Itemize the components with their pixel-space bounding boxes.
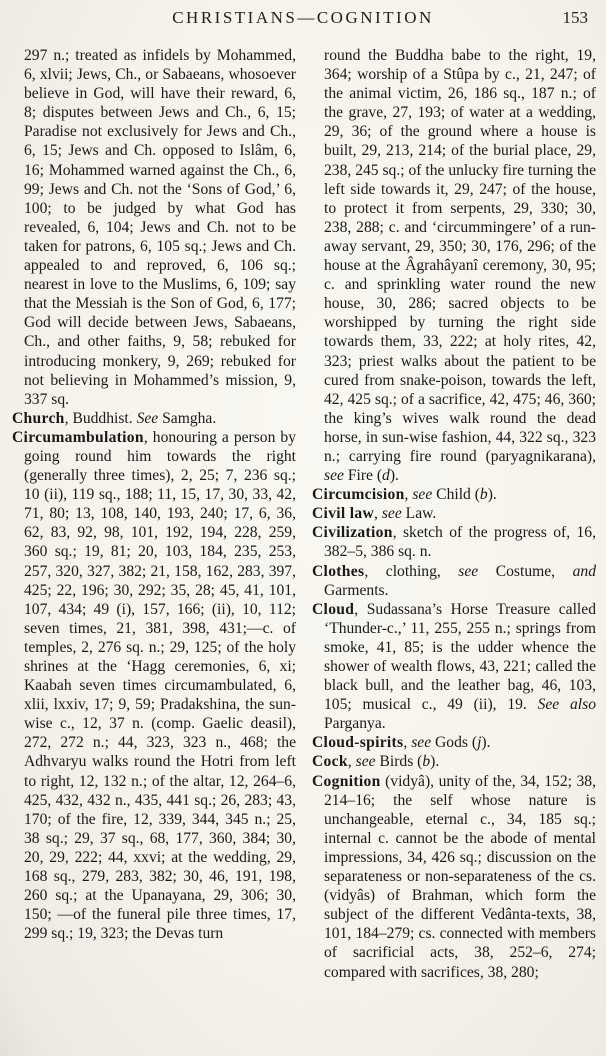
entry-text: see [324, 467, 344, 484]
entry-text: Law. [402, 505, 437, 522]
entry-text: ). [481, 734, 490, 751]
entry-text: ). [390, 467, 399, 484]
index-entry: Clothes, clothing, see Costume, and Garm… [312, 562, 596, 600]
entry-headword: Civil law [312, 505, 374, 522]
index-entry: Circumcision, see Child (b). [312, 485, 596, 504]
entry-text: , clothing, [364, 563, 458, 580]
entry-text: b [480, 486, 488, 503]
entry-text: see [412, 486, 432, 503]
entry-headword: Clothes [312, 563, 364, 580]
entry-text: (vidyâ), unity of the, 34, 152; 38, 214–… [324, 773, 596, 981]
entry-text: see [411, 734, 431, 751]
scanned-book-page: CHRISTIANS—COGNITION 153 297 n.; treated… [0, 0, 606, 1056]
entry-text: , [348, 753, 356, 770]
page-header: CHRISTIANS—COGNITION 153 [0, 0, 606, 42]
running-head-title: CHRISTIANS—COGNITION [0, 8, 606, 28]
entry-text: see [356, 753, 376, 770]
page-number: 153 [563, 8, 589, 28]
entry-text: Parganya. [324, 715, 386, 732]
entry-text: Gods ( [431, 734, 477, 751]
index-entry: Circumambulation, honouring a person by … [12, 428, 296, 944]
entry-text: see [458, 563, 478, 580]
entry-headword: Cloud-spirits [312, 734, 403, 751]
entry-headword: Cognition [312, 773, 381, 790]
entry-text: and [573, 563, 596, 580]
entry-text: d [382, 467, 390, 484]
entry-text: see [382, 505, 402, 522]
entry-text: See [137, 410, 159, 427]
entry-text: Fire ( [344, 467, 382, 484]
entry-text: , [374, 505, 382, 522]
index-entry: Civilization, sketch of the progress of,… [312, 523, 596, 561]
entry-text: ). [430, 753, 439, 770]
index-entry: Cloud, Sudassana’s Horse Treasure called… [312, 600, 596, 734]
entry-text: , honouring a person by going round him … [24, 429, 296, 942]
entry-headword: Circumcision [312, 486, 405, 503]
entry-headword: Circumambulation [12, 429, 144, 446]
entry-text: Costume, [478, 563, 572, 580]
entry-headword: Cloud [312, 601, 354, 618]
entry-text: , Buddhist. [65, 410, 137, 427]
entry-text: 297 n.; treated as infidels by Mohammed,… [24, 47, 296, 408]
entry-headword: Church [12, 410, 65, 427]
index-entry: Civil law, see Law. [312, 504, 596, 523]
index-columns: 297 n.; treated as infidels by Mohammed,… [0, 42, 606, 1050]
index-entry: Cognition (vidyâ), unity of the, 34, 152… [312, 772, 596, 982]
index-entry: Cock, see Birds (b). [312, 752, 596, 771]
entry-text: b [422, 753, 430, 770]
entry-text: ). [488, 486, 497, 503]
column-right: round the Buddha babe to the right, 19, … [312, 46, 596, 1050]
entry-text: Child ( [432, 486, 480, 503]
index-entry: 297 n.; treated as infidels by Mohammed,… [12, 46, 296, 409]
entry-text: Birds ( [376, 753, 423, 770]
entry-text: Garments. [324, 582, 389, 599]
column-left: 297 n.; treated as infidels by Mohammed,… [12, 46, 296, 1050]
entry-text: See also [538, 696, 596, 713]
entry-text: round the Buddha babe to the right, 19, … [324, 47, 596, 465]
index-entry: Cloud-spirits, see Gods (j). [312, 733, 596, 752]
entry-headword: Civilization [312, 524, 393, 541]
index-entry: Church, Buddhist. See Samgha. [12, 409, 296, 428]
entry-text: Samgha. [158, 410, 216, 427]
index-entry: round the Buddha babe to the right, 19, … [312, 46, 596, 485]
entry-headword: Cock [312, 753, 348, 770]
